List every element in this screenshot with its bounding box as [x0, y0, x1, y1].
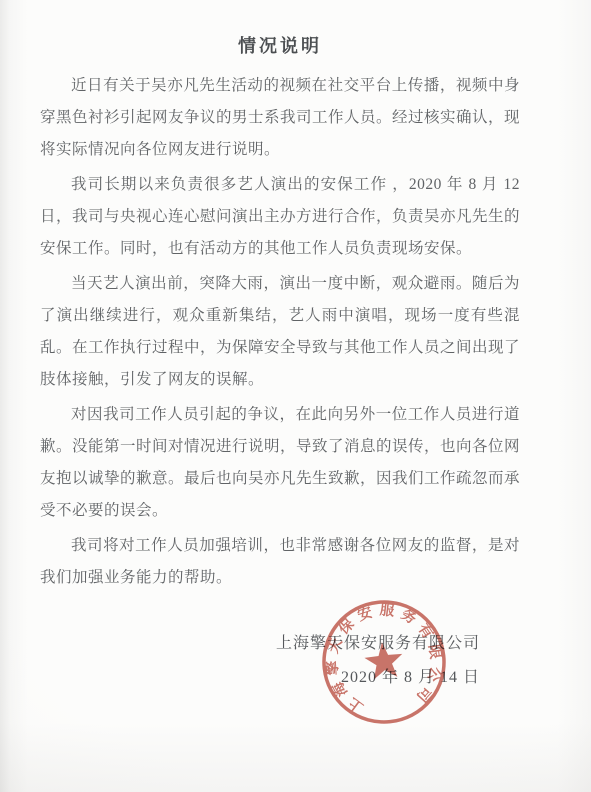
paragraph-2: 我司长期以来负责很多艺人演出的安保工作 ，2020 年 8 月 12 日，我司与…: [40, 169, 520, 265]
paragraph-5: 我司将对工作人员加强培训，也非常感谢各位网友的监督，是对我们加强业务能力的帮助。: [40, 530, 520, 594]
page-title: 情况说明: [40, 34, 520, 58]
signature-block: 上海擎天保安服务有限公司 2020 年 8 月 14 日: [40, 628, 520, 694]
paragraph-4: 对因我司工作人员引起的争议，在此向另外一位工作人员进行道歉。没能第一时间对情况进…: [40, 399, 520, 527]
paragraph-3: 当天艺人演出前，突降大雨，演出一度中断，观众避雨。随后为了演出继续进行，观众重新…: [40, 268, 520, 396]
document-content: 情况说明 近日有关于吴亦凡先生活动的视频在社交平台上传播，视频中身穿黑色衬衫引起…: [0, 0, 591, 694]
signature-company-name: 上海擎天保安服务有限公司: [40, 628, 480, 660]
document-page: 情况说明 近日有关于吴亦凡先生活动的视频在社交平台上传播，视频中身穿黑色衬衫引起…: [0, 0, 591, 792]
signature-date: 2020 年 8 月 14 日: [40, 662, 480, 694]
paragraph-1: 近日有关于吴亦凡先生活动的视频在社交平台上传播，视频中身穿黑色衬衫引起网友争议的…: [40, 70, 520, 166]
document-body: 近日有关于吴亦凡先生活动的视频在社交平台上传播，视频中身穿黑色衬衫引起网友争议的…: [40, 70, 520, 594]
